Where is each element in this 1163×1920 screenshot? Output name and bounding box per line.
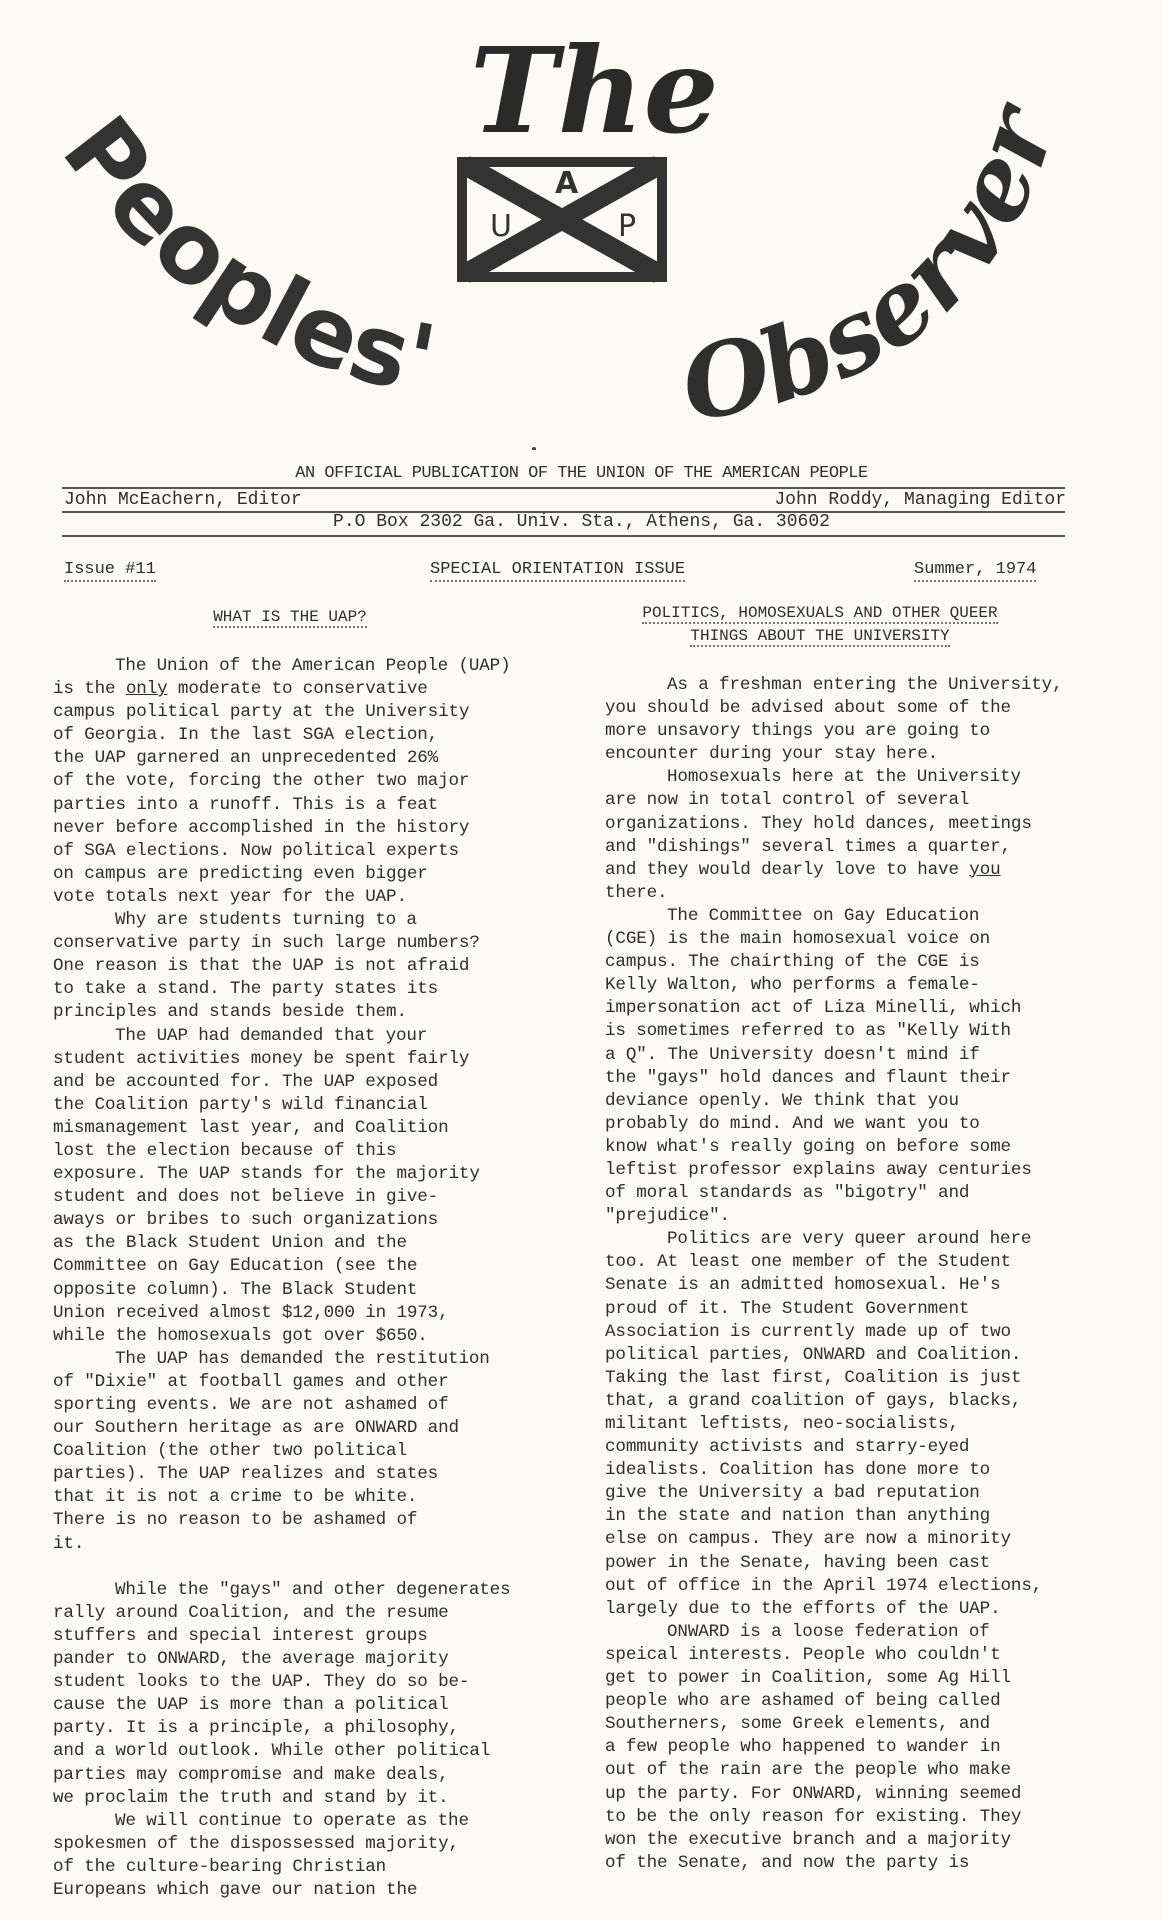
article-paragraph: We will continue to operate as thespokes…	[53, 1810, 578, 1902]
text-line: The Committee on Gay Education	[605, 905, 1130, 928]
text-line: proud of it. The Student Government	[605, 1298, 1130, 1321]
article-paragraph: The Union of the American People (UAP)is…	[53, 655, 578, 909]
text-line	[53, 1556, 578, 1579]
text-line: as the Black Student Union and the	[53, 1232, 578, 1255]
text-line: give the University a bad reputation	[605, 1482, 1130, 1505]
text-line: of the culture-bearing Christian	[53, 1856, 578, 1879]
text-line: cause the UAP is more than a political	[53, 1694, 578, 1717]
text-line: out of the rain are the people who make	[605, 1759, 1130, 1782]
text-line: Southerners, some Greek elements, and	[605, 1713, 1130, 1736]
masthead: The Peoples' Observer U A P	[0, 0, 1163, 450]
text-line: a Q". The University doesn't mind if	[605, 1044, 1130, 1067]
text-line: of SGA elections. Now political experts	[53, 840, 578, 863]
text-line: Taking the last first, Coalition is just	[605, 1367, 1130, 1390]
text-line: in the state and nation than anything	[605, 1505, 1130, 1528]
text-line: of "Dixie" at football games and other	[53, 1371, 578, 1394]
title-observer: Observer	[672, 88, 1080, 445]
text-line: encounter during your stay here.	[605, 743, 1130, 766]
text-line: probably do mind. And we want you to	[605, 1113, 1130, 1136]
text-line: more unsavory things you are going to	[605, 720, 1130, 743]
text-line: largely due to the efforts of the UAP.	[605, 1598, 1130, 1621]
text-line: exposure. The UAP stands for the majorit…	[53, 1163, 578, 1186]
text-line: sporting events. We are not ashamed of	[53, 1394, 578, 1417]
text-line: militant leftists, neo-socialists,	[605, 1413, 1130, 1436]
text-line: to be the only reason for existing. They	[605, 1806, 1130, 1829]
text-line: is sometimes referred to as "Kelly With	[605, 1020, 1130, 1043]
text-line: up the party. For ONWARD, winning seemed	[605, 1783, 1130, 1806]
left-headline-text: WHAT IS THE UAP?	[213, 608, 367, 628]
text-line: and be accounted for. The UAP exposed	[53, 1071, 578, 1094]
text-line: and a world outlook. While other politic…	[53, 1740, 578, 1763]
text-line: We will continue to operate as the	[53, 1810, 578, 1833]
text-line: One reason is that the UAP is not afraid	[53, 955, 578, 978]
text-line: while the homosexuals got over $650.	[53, 1325, 578, 1348]
text-line: else on campus. They are now a minority	[605, 1528, 1130, 1551]
text-line: rally around Coalition, and the resume	[53, 1602, 578, 1625]
text-line: The UAP has demanded the restitution	[53, 1348, 578, 1371]
text-line: The UAP had demanded that your	[53, 1025, 578, 1048]
text-line: Coalition (the other two political	[53, 1440, 578, 1463]
text-line: won the executive branch and a majority	[605, 1829, 1130, 1852]
title-peoples: Peoples'	[41, 96, 444, 417]
text-line: Association is currently made up of two	[605, 1321, 1130, 1344]
text-line: Committee on Gay Education (see the	[53, 1255, 578, 1278]
article-paragraph: ONWARD is a loose federation ofspeical i…	[605, 1621, 1130, 1875]
text-line: the Coalition party's wild financial	[53, 1094, 578, 1117]
text-line: that, a grand coalition of gays, blacks,	[605, 1390, 1130, 1413]
text-line: As a freshman entering the University,	[605, 674, 1130, 697]
text-line: to take a stand. The party states its	[53, 978, 578, 1001]
text-line: power in the Senate, having been cast	[605, 1552, 1130, 1575]
editor-name: John McEachern, Editor	[64, 490, 302, 510]
text-line: The Union of the American People (UAP)	[53, 655, 578, 678]
text-line: too. At least one member of the Student	[605, 1251, 1130, 1274]
text-line: spokesmen of the dispossessed majority,	[53, 1833, 578, 1856]
logo-letter-p: P	[618, 209, 636, 244]
text-line: on campus are predicting even bigger	[53, 863, 578, 886]
logo-letter-a: A	[555, 166, 579, 201]
text-line: idealists. Coalition has done more to	[605, 1459, 1130, 1482]
text-line: ONWARD is a loose federation of	[605, 1621, 1130, 1644]
text-line: our Southern heritage as are ONWARD and	[53, 1417, 578, 1440]
text-line: never before accomplished in the history	[53, 817, 578, 840]
text-line: "prejudice".	[605, 1205, 1130, 1228]
text-line: community activists and starry-eyed	[605, 1436, 1130, 1459]
publication-line: AN OFFICIAL PUBLICATION OF THE UNION OF …	[0, 464, 1163, 483]
article-paragraph: Why are students turning to aconservativ…	[53, 909, 578, 1024]
title-peoples-text: Peoples'	[41, 96, 444, 417]
uap-saltire-flag-icon: U A P	[462, 162, 662, 277]
text-line: aways or bribes to such organizations	[53, 1209, 578, 1232]
text-line: While the "gays" and other degenerates	[53, 1579, 578, 1602]
text-line: leftist professor explains away centurie…	[605, 1159, 1130, 1182]
text-line: is the only moderate to conservative	[53, 678, 578, 701]
left-article-body: The Union of the American People (UAP)is…	[53, 655, 578, 1902]
managing-editor-name: John Roddy, Managing Editor	[774, 490, 1066, 510]
text-line: are now in total control of several	[605, 789, 1130, 812]
text-line: deviance openly. We think that you	[605, 1090, 1130, 1113]
text-line: organizations. They hold dances, meeting…	[605, 813, 1130, 836]
issue-number: Issue #11	[64, 560, 156, 582]
text-line: of the vote, forcing the other two major	[53, 770, 578, 793]
text-line: it.	[53, 1533, 578, 1556]
text-line: student activities money be spent fairly	[53, 1048, 578, 1071]
text-line: pander to ONWARD, the average majority	[53, 1648, 578, 1671]
text-line: Politics are very queer around here	[605, 1228, 1130, 1251]
text-line: we proclaim the truth and stand by it.	[53, 1787, 578, 1810]
text-line: a few people who happened to wander in	[605, 1736, 1130, 1759]
text-line: know what's really going on before some	[605, 1136, 1130, 1159]
title-observer-text: Observer	[672, 88, 1080, 445]
text-line: Senate is an admitted homosexual. He's	[605, 1274, 1130, 1297]
text-line: campus. The chairthing of the CGE is	[605, 951, 1130, 974]
text-line: parties into a runoff. This is a feat	[53, 794, 578, 817]
article-paragraph: Politics are very queer around heretoo. …	[605, 1228, 1130, 1621]
text-line: speical interests. People who couldn't	[605, 1644, 1130, 1667]
article-paragraph: The Committee on Gay Education(CGE) is t…	[605, 905, 1130, 1228]
text-line: principles and stands beside them.	[53, 1001, 578, 1024]
text-line: of Georgia. In the last SGA election,	[53, 724, 578, 747]
text-line: conservative party in such large numbers…	[53, 932, 578, 955]
text-line: impersonation act of Liza Minelli, which	[605, 997, 1130, 1020]
right-headline: POLITICS, HOMOSEXUALS AND OTHER QUEER TH…	[590, 602, 1050, 648]
text-line: Union received almost $12,000 in 1973,	[53, 1302, 578, 1325]
article-paragraph: The UAP had demanded that yourstudent ac…	[53, 1025, 578, 1348]
text-line: mismanagement last year, and Coalition	[53, 1117, 578, 1140]
text-line: the UAP garnered an unprecedented 26%	[53, 747, 578, 770]
article-paragraph: The UAP has demanded the restitutionof "…	[53, 1348, 578, 1556]
title-the: The	[470, 21, 719, 160]
right-article-body: As a freshman entering the University,yo…	[605, 674, 1130, 1875]
text-line: campus political party at the University	[53, 701, 578, 724]
right-headline-line2: THINGS ABOUT THE UNIVERSITY	[690, 627, 949, 647]
text-line: lost the election because of this	[53, 1140, 578, 1163]
text-line: parties). The UAP realizes and states	[53, 1463, 578, 1486]
logo-letter-u: U	[490, 209, 512, 244]
text-line: opposite column). The Black Student	[53, 1279, 578, 1302]
text-line: stuffers and special interest groups	[53, 1625, 578, 1648]
text-line: of moral standards as "bigotry" and	[605, 1182, 1130, 1205]
special-issue-label: SPECIAL ORIENTATION ISSUE	[430, 560, 685, 582]
text-line: There is no reason to be ashamed of	[53, 1509, 578, 1532]
text-line: vote totals next year for the UAP.	[53, 886, 578, 909]
right-headline-line1: POLITICS, HOMOSEXUALS AND OTHER QUEER	[642, 604, 997, 624]
masthead-art: The Peoples' Observer U A P	[0, 0, 1163, 450]
article-paragraph: As a freshman entering the University,yo…	[605, 674, 1130, 766]
text-line: Why are students turning to a	[53, 909, 578, 932]
mailing-address: P.O Box 2302 Ga. Univ. Sta., Athens, Ga.…	[0, 512, 1163, 532]
text-line: the "gays" hold dances and flaunt their	[605, 1067, 1130, 1090]
text-line: people who are ashamed of being called	[605, 1690, 1130, 1713]
issue-date: Summer, 1974	[914, 560, 1036, 582]
divider	[62, 487, 1065, 489]
text-line: and "dishings" several times a quarter,	[605, 836, 1130, 859]
text-line: student and does not believe in give-	[53, 1186, 578, 1209]
text-line: parties may compromise and make deals,	[53, 1764, 578, 1787]
left-headline: WHAT IS THE UAP?	[140, 606, 440, 629]
divider	[62, 535, 1065, 537]
text-line: (CGE) is the main homosexual voice on	[605, 928, 1130, 951]
text-line: party. It is a principle, a philosophy,	[53, 1717, 578, 1740]
text-line: student looks to the UAP. They do so be-	[53, 1671, 578, 1694]
editors-line: John McEachern, Editor John Roddy, Manag…	[64, 490, 1066, 510]
text-line: political parties, ONWARD and Coalition.	[605, 1344, 1130, 1367]
text-line: Homosexuals here at the University	[605, 766, 1130, 789]
text-line: Kelly Walton, who performs a female-	[605, 974, 1130, 997]
text-line: get to power in Coalition, some Ag Hill	[605, 1667, 1130, 1690]
text-line: of the Senate, and now the party is	[605, 1852, 1130, 1875]
article-paragraph: While the "gays" and other degeneratesra…	[53, 1556, 578, 1810]
text-line: you should be advised about some of the	[605, 697, 1130, 720]
text-line: and they would dearly love to have you	[605, 859, 1130, 882]
text-line: there.	[605, 882, 1130, 905]
text-line: that it is not a crime to be white.	[53, 1486, 578, 1509]
text-line: out of office in the April 1974 election…	[605, 1575, 1130, 1598]
article-paragraph: Homosexuals here at the Universityare no…	[605, 766, 1130, 905]
text-line: Europeans which gave our nation the	[53, 1879, 578, 1902]
